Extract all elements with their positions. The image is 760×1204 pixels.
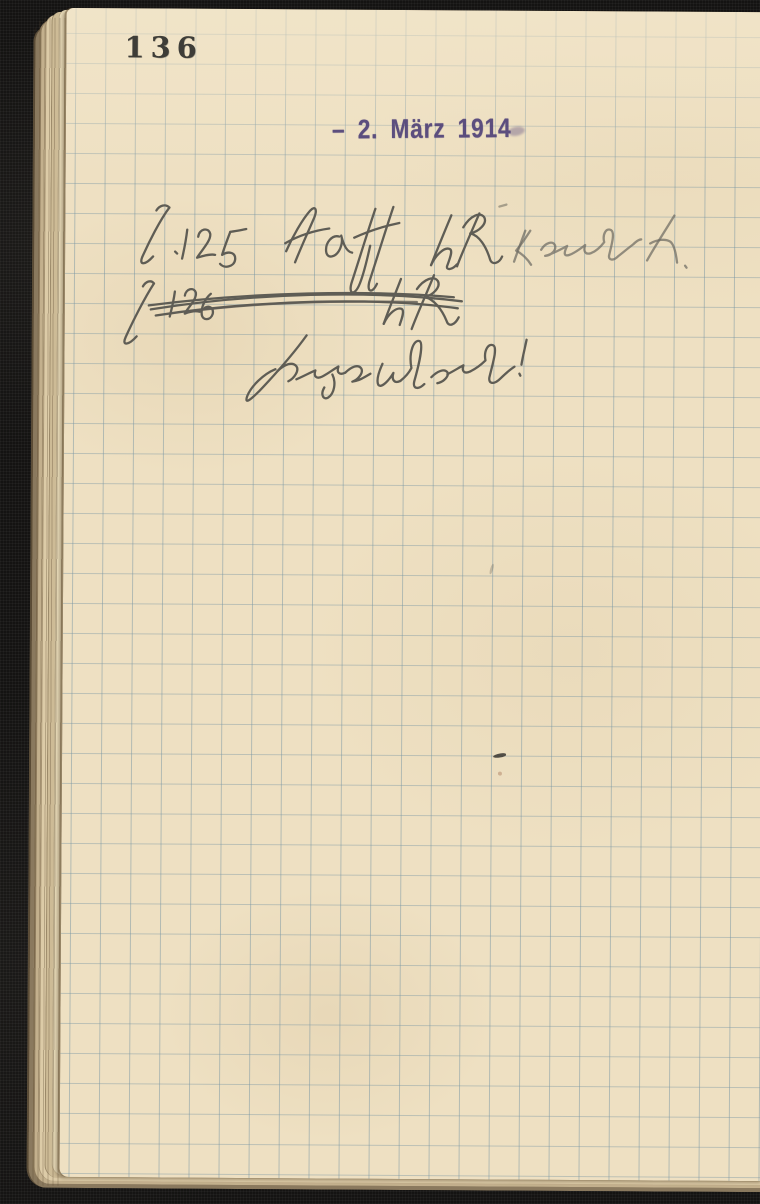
notebook-scan: { "document": { "kind": "scanned noteboo… [0,0,760,1204]
date-stamp: – 2. März 1914 [332,114,512,145]
notebook-page [59,8,760,1181]
page-stack: 136 – 2. März 1914 [0,0,760,1204]
pencil-speck [498,772,502,776]
page-number: 136 [124,33,203,62]
